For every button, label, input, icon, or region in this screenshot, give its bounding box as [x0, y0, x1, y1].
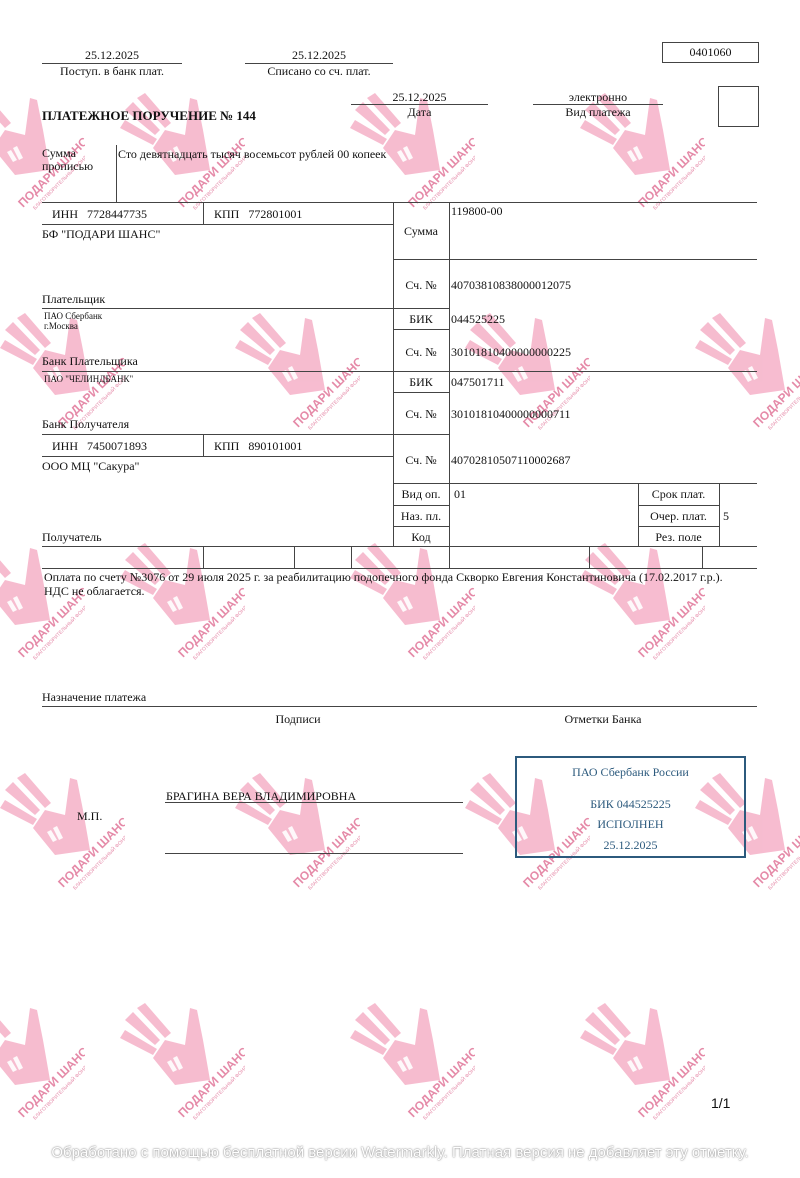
- divider: [638, 505, 719, 506]
- divider: [203, 434, 204, 456]
- payee-account-label: Сч. №: [393, 453, 449, 468]
- svg-text:ПОДАРИ ШАНС: ПОДАРИ ШАНС: [405, 1044, 475, 1120]
- payer-bik: 044525225: [451, 312, 505, 327]
- page-number: 1/1: [711, 1095, 730, 1111]
- status-box: [718, 86, 759, 127]
- divider: [42, 308, 449, 309]
- page-title: ПЛАТЕЖНОЕ ПОРУЧЕНИЕ № 144: [42, 108, 256, 124]
- payer-account: 40703810838000012075: [451, 278, 571, 293]
- divider: [589, 546, 590, 568]
- svg-text:БЛАГОТВОРИТЕЛЬНЫЙ ФОНД: БЛАГОТВОРИТЕЛЬНЫЙ ФОНД: [191, 1063, 245, 1121]
- divider: [393, 329, 449, 330]
- charity-watermark-icon: ПОДАРИ ШАНСБЛАГОТВОРИТЕЛЬНЫЙ ФОНД: [575, 540, 705, 670]
- divider: [351, 546, 352, 568]
- amount-words-value: Сто девятнадцать тысяч восемьсот рублей …: [118, 147, 386, 162]
- svg-text:ПОДАРИ ШАНС: ПОДАРИ ШАНС: [635, 1044, 705, 1120]
- purpose-text: Оплата по счету №3076 от 29 июля 2025 г.…: [44, 570, 744, 598]
- svg-text:ПОДАРИ ШАНС: ПОДАРИ ШАНС: [405, 134, 475, 210]
- divider: [449, 202, 450, 568]
- svg-text:БЛАГОТВОРИТЕЛЬНЫЙ ФОНД: БЛАГОТВОРИТЕЛЬНЫЙ ФОНД: [536, 373, 590, 431]
- payment-type-label: Вид платежа: [533, 105, 663, 120]
- divider: [393, 483, 757, 484]
- payer-kpp: КПП 772801001: [214, 207, 302, 222]
- charity-watermark-icon: ПОДАРИ ШАНСБЛАГОТВОРИТЕЛЬНЫЙ ФОНД: [115, 540, 245, 670]
- divider: [203, 546, 204, 568]
- op-type-label: Вид оп.: [393, 487, 449, 502]
- stamp-place-label: М.П.: [77, 809, 102, 824]
- svg-text:БЛАГОТВОРИТЕЛЬНЫЙ ФОНД: БЛАГОТВОРИТЕЛЬНЫЙ ФОНД: [71, 833, 125, 891]
- payee-label: Получатель: [42, 530, 102, 545]
- divider: [393, 526, 449, 527]
- amount-words-label: Сумма прописью: [42, 147, 93, 173]
- divider: [42, 456, 393, 457]
- priority-label: Очер. плат.: [638, 509, 719, 524]
- stamp-status: ИСПОЛНЕН: [517, 817, 744, 832]
- svg-text:ПОДАРИ ШАНС: ПОДАРИ ШАНС: [750, 354, 800, 430]
- divider: [719, 483, 720, 546]
- divider: [638, 526, 719, 527]
- svg-text:БЛАГОТВОРИТЕЛЬНЫЙ ФОНД: БЛАГОТВОРИТЕЛЬНЫЙ ФОНД: [651, 603, 705, 661]
- stamp-bik: БИК 044525225: [517, 797, 744, 812]
- svg-text:БЛАГОТВОРИТЕЛЬНЫЙ ФОНД: БЛАГОТВОРИТЕЛЬНЫЙ ФОНД: [421, 1063, 475, 1121]
- divider: [116, 145, 117, 202]
- order-date-label: Дата: [351, 105, 488, 120]
- svg-text:БЛАГОТВОРИТЕЛЬНЫЙ ФОНД: БЛАГОТВОРИТЕЛЬНЫЙ ФОНД: [651, 1063, 705, 1121]
- payee-bik-label: БИК: [393, 375, 449, 390]
- payee-inn: ИНН 7450071893: [52, 439, 147, 454]
- debited-label: Списано со сч. плат.: [245, 64, 393, 79]
- svg-text:ПОДАРИ ШАНС: ПОДАРИ ШАНС: [290, 354, 360, 430]
- amount-value: 119800-00: [451, 204, 503, 219]
- svg-text:БЛАГОТВОРИТЕЛЬНЫЙ ФОНД: БЛАГОТВОРИТЕЛЬНЫЙ ФОНД: [31, 1063, 85, 1121]
- payer-inn: ИНН 7728447735: [52, 207, 147, 222]
- svg-text:ПОДАРИ ШАНС: ПОДАРИ ШАНС: [750, 814, 800, 890]
- svg-text:БЛАГОТВОРИТЕЛЬНЫЙ ФОНД: БЛАГОТВОРИТЕЛЬНЫЙ ФОНД: [31, 603, 85, 661]
- svg-text:ПОДАРИ ШАНС: ПОДАРИ ШАНС: [175, 134, 245, 210]
- payee-bik: 047501711: [451, 375, 505, 390]
- due-label: Срок плат.: [638, 487, 719, 502]
- stamp-date: 25.12.2025: [517, 838, 744, 853]
- divider: [203, 202, 204, 224]
- svg-text:ПОДАРИ ШАНС: ПОДАРИ ШАНС: [55, 814, 125, 890]
- payment-type: электронно: [533, 90, 663, 105]
- payer-bank-account-label: Сч. №: [393, 345, 449, 360]
- divider: [702, 546, 703, 568]
- payer-bank-label: Банк Плательщика: [42, 354, 138, 369]
- divider: [42, 371, 757, 372]
- watermark-notice: Обработано с помощью бесплатной версии W…: [0, 1144, 800, 1161]
- op-type: 01: [454, 487, 466, 502]
- payee-name: ООО МЦ "Сакура": [42, 459, 139, 474]
- signature-line: [165, 802, 463, 803]
- charity-watermark-icon: ПОДАРИ ШАНСБЛАГОТВОРИТЕЛЬНЫЙ ФОНД: [0, 770, 125, 900]
- payer-label: Плательщик: [42, 292, 105, 307]
- svg-text:БЛАГОТВОРИТЕЛЬНЫЙ ФОНД: БЛАГОТВОРИТЕЛЬНЫЙ ФОНД: [191, 603, 245, 661]
- debited-date: 25.12.2025: [245, 48, 393, 63]
- divider: [42, 706, 757, 707]
- svg-text:ПОДАРИ ШАНС: ПОДАРИ ШАНС: [635, 134, 705, 210]
- received-date: 25.12.2025: [42, 48, 182, 63]
- form-code: 0401060: [662, 42, 759, 63]
- divider: [42, 434, 449, 435]
- purpose-label: Назначение платежа: [42, 690, 146, 705]
- svg-text:БЛАГОТВОРИТЕЛЬНЫЙ ФОНД: БЛАГОТВОРИТЕЛЬНЫЙ ФОНД: [766, 833, 800, 891]
- received-label: Поступ. в банк плат.: [42, 64, 182, 79]
- signatures-label: Подписи: [248, 712, 348, 727]
- charity-watermark-icon: ПОДАРИ ШАНСБЛАГОТВОРИТЕЛЬНЫЙ ФОНД: [345, 1000, 475, 1130]
- priority-value: 5: [723, 509, 729, 524]
- payee-account: 40702810507110002687: [451, 453, 571, 468]
- payer-bik-label: БИК: [393, 312, 449, 327]
- amount-words-label-line2: прописью: [42, 160, 93, 173]
- code-label: Код: [393, 530, 449, 545]
- payee-bank-account: 30101810400000000711: [451, 407, 571, 422]
- charity-watermark-icon: ПОДАРИ ШАНСБЛАГОТВОРИТЕЛЬНЫЙ ФОНД: [575, 1000, 705, 1130]
- svg-text:ПОДАРИ ШАНС: ПОДАРИ ШАНС: [15, 1044, 85, 1120]
- charity-watermark-icon: ПОДАРИ ШАНСБЛАГОТВОРИТЕЛЬНЫЙ ФОНД: [0, 1000, 85, 1130]
- payee-bank-label: Банк Получателя: [42, 417, 129, 432]
- svg-text:БЛАГОТВОРИТЕЛЬНЫЙ ФОНД: БЛАГОТВОРИТЕЛЬНЫЙ ФОНД: [306, 833, 360, 891]
- divider: [42, 568, 757, 569]
- svg-text:БЛАГОТВОРИТЕЛЬНЫЙ ФОНД: БЛАГОТВОРИТЕЛЬНЫЙ ФОНД: [421, 603, 475, 661]
- divider: [393, 392, 449, 393]
- divider: [42, 202, 757, 203]
- divider: [42, 546, 757, 547]
- payer-bank-name: ПАО Сбербанкг.Москва: [44, 311, 102, 331]
- divider: [393, 505, 449, 506]
- payee-bank-account-label: Сч. №: [393, 407, 449, 422]
- stamp-bank: ПАО Сбербанк России: [517, 765, 744, 780]
- bank-stamp: ПАО Сбербанк России БИК 044525225 ИСПОЛН…: [515, 756, 746, 858]
- charity-watermark-icon: ПОДАРИ ШАНСБЛАГОТВОРИТЕЛЬНЫЙ ФОНД: [690, 310, 800, 440]
- payer-account-label: Сч. №: [393, 278, 449, 293]
- payer-bank-account: 30101810400000000225: [451, 345, 571, 360]
- charity-watermark-icon: ПОДАРИ ШАНСБЛАГОТВОРИТЕЛЬНЫЙ ФОНД: [345, 540, 475, 670]
- bank-marks-label: Отметки Банка: [553, 712, 653, 727]
- svg-text:ПОДАРИ ШАНС: ПОДАРИ ШАНС: [175, 1044, 245, 1120]
- amount-label: Сумма: [393, 224, 449, 239]
- divider: [393, 259, 757, 260]
- charity-watermark-icon: ПОДАРИ ШАНСБЛАГОТВОРИТЕЛЬНЫЙ ФОНД: [115, 1000, 245, 1130]
- svg-text:БЛАГОТВОРИТЕЛЬНЫЙ ФОНД: БЛАГОТВОРИТЕЛЬНЫЙ ФОНД: [306, 373, 360, 431]
- order-date: 25.12.2025: [351, 90, 488, 105]
- signature-line: [165, 853, 463, 854]
- payer-name: БФ "ПОДАРИ ШАНС": [42, 227, 160, 242]
- charity-watermark-icon: ПОДАРИ ШАНСБЛАГОТВОРИТЕЛЬНЫЙ ФОНД: [230, 310, 360, 440]
- svg-text:БЛАГОТВОРИТЕЛЬНЫЙ ФОНД: БЛАГОТВОРИТЕЛЬНЫЙ ФОНД: [766, 373, 800, 431]
- payee-bank-name: ПАО "ЧЕЛИНДБАНК": [44, 374, 133, 384]
- charity-watermark-icon: ПОДАРИ ШАНСБЛАГОТВОРИТЕЛЬНЫЙ ФОНД: [0, 540, 85, 670]
- payee-kpp: КПП 890101001: [214, 439, 302, 454]
- divider: [42, 224, 393, 225]
- divider: [294, 546, 295, 568]
- purpose-type-label: Наз. пл.: [393, 509, 449, 524]
- reserve-label: Рез. поле: [638, 530, 719, 545]
